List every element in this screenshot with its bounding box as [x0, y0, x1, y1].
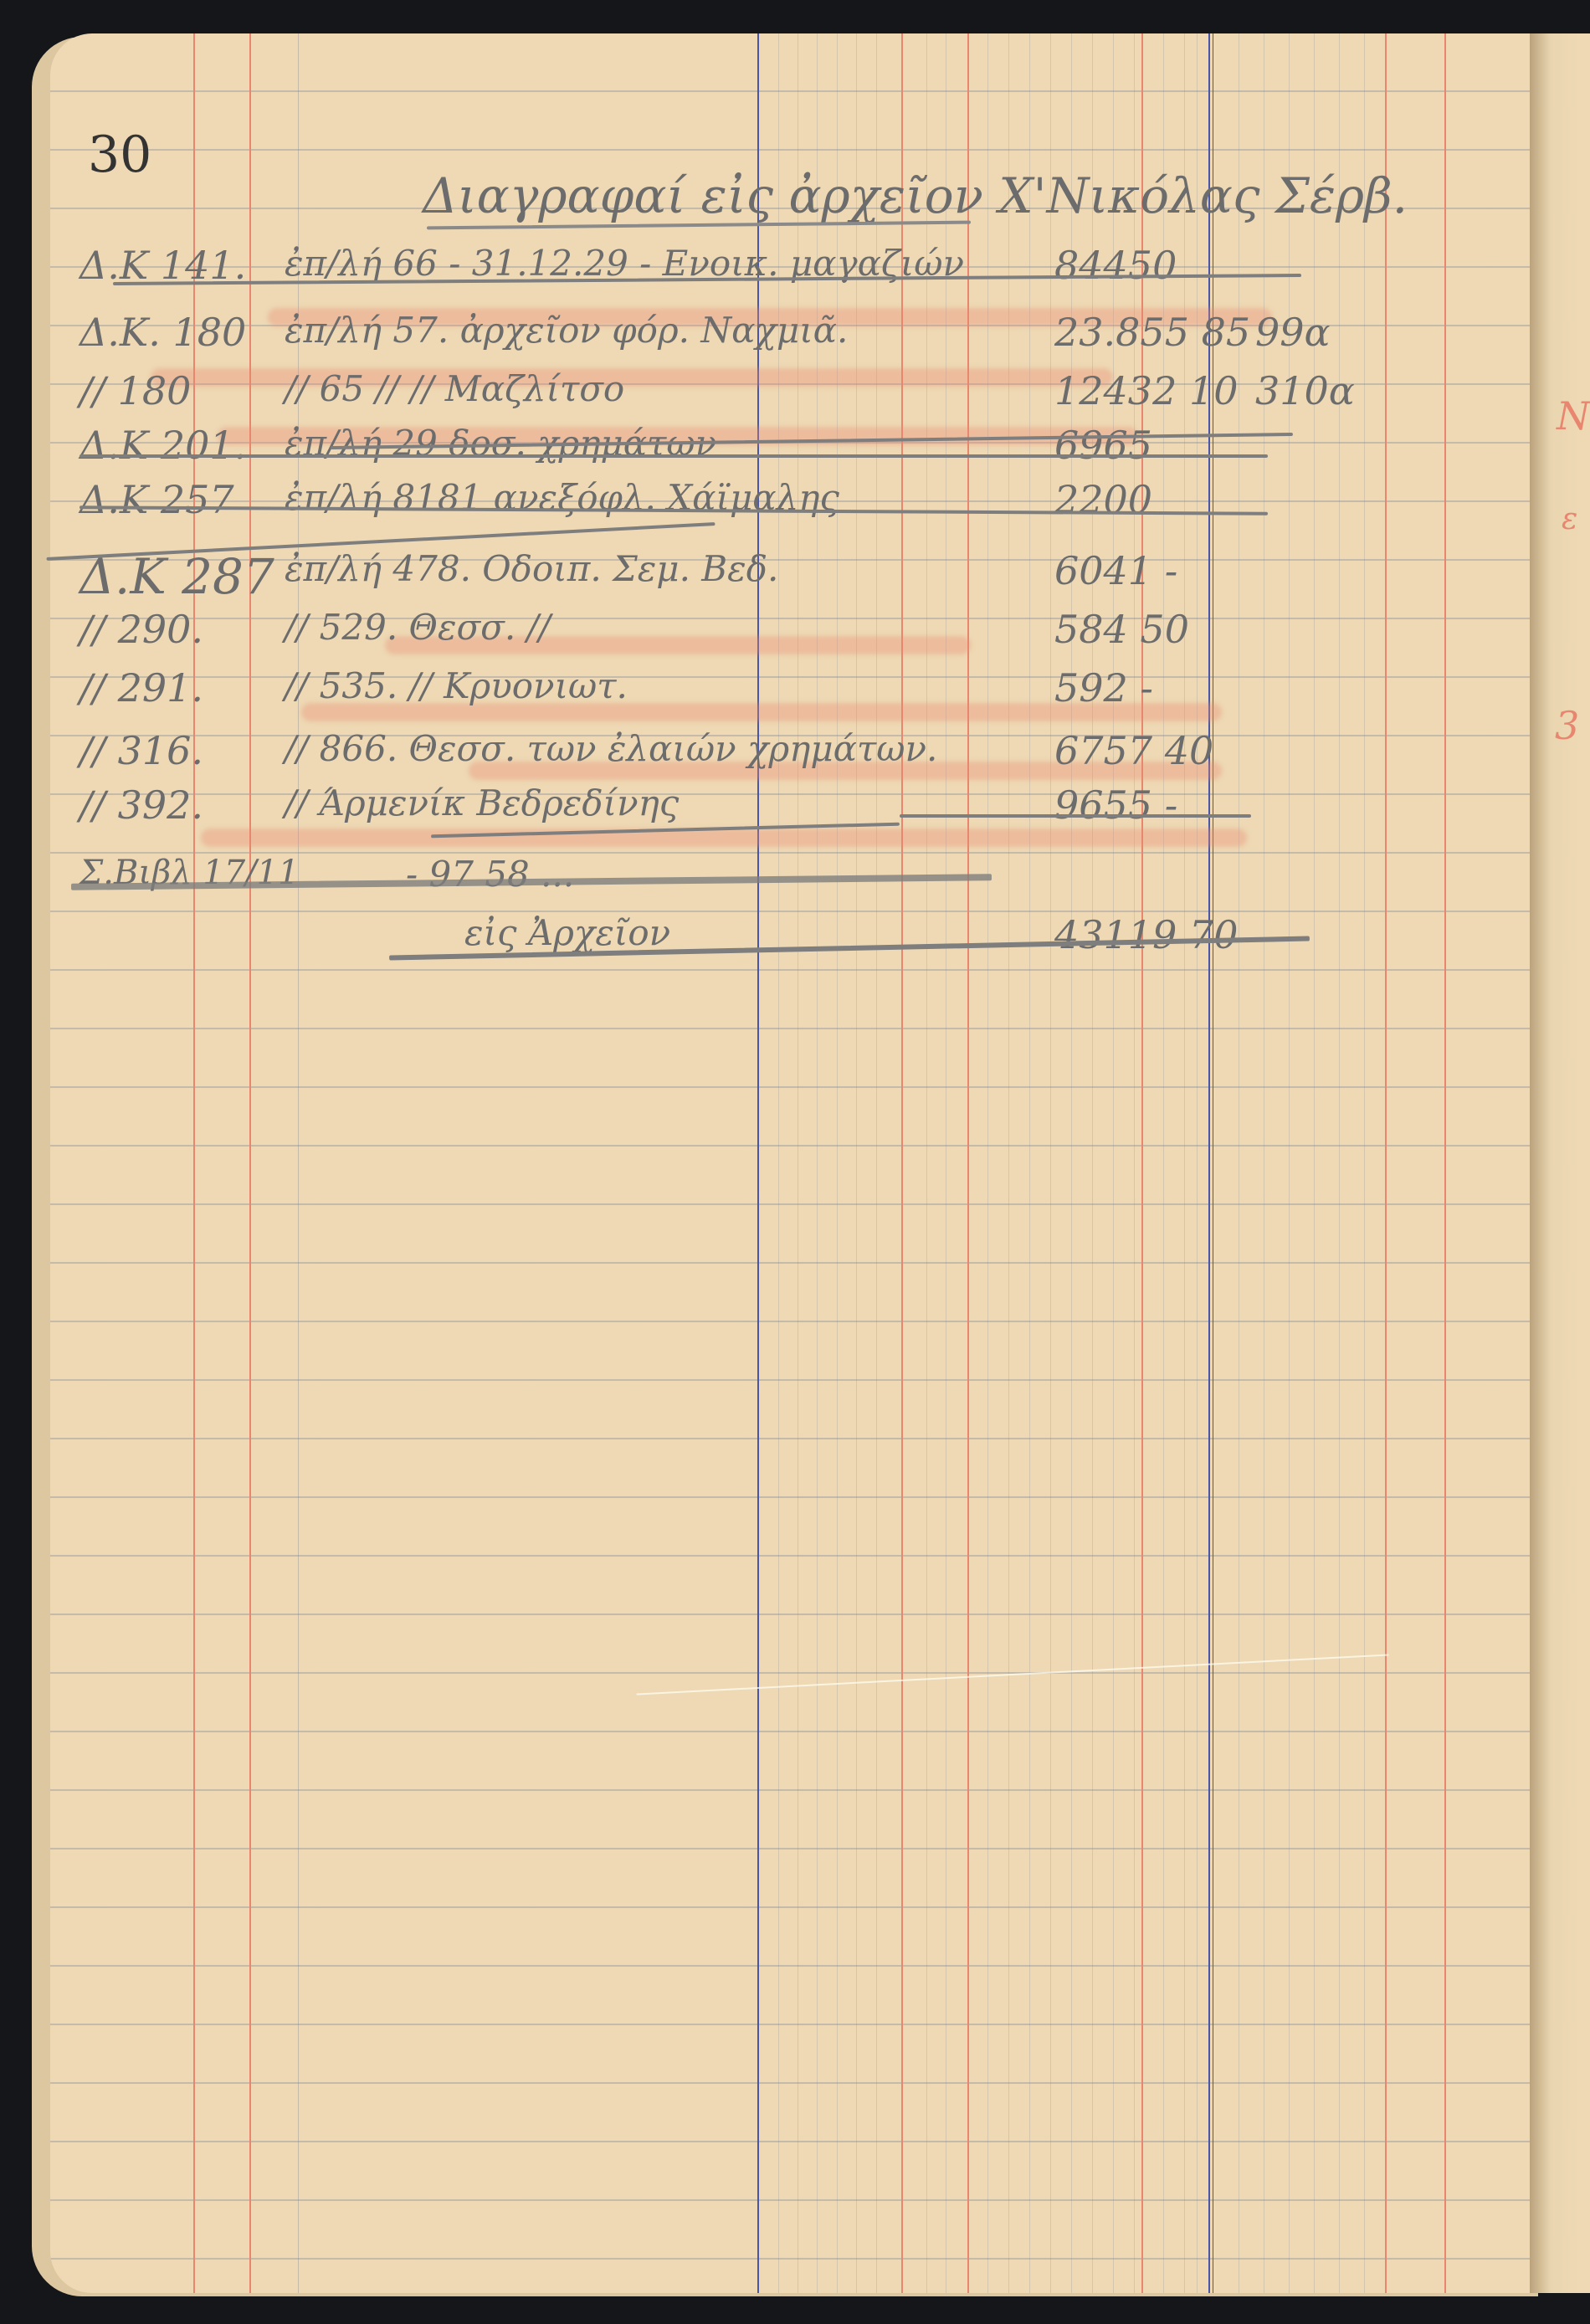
entry-description: // 529. Θεσσ. //	[285, 607, 551, 648]
column-rule-red	[1385, 33, 1387, 2293]
entry-description: // Άρμενίκ Βεδρεδίνης	[285, 782, 679, 823]
ledger-entry: Σ.Βιβλ 17/11 - 97 58 ...	[79, 854, 1385, 904]
entry-ref: // 291.	[79, 665, 203, 711]
page-title: Διαγραφαί εἰς ἀρχεῖον Χ'Νικόλας Σέρβ.	[423, 167, 1408, 224]
entry-amount: 584 50	[1054, 607, 1189, 652]
entry-ref: // 392.	[79, 782, 203, 828]
entry-ref: // 316.	[79, 728, 203, 773]
ledger-entry: // 290. // 529. Θεσσ. // 584 50	[79, 607, 1385, 657]
entry-note: 310α	[1255, 368, 1355, 413]
entry-description: ἐπ/λή 478. Οδοιπ. Σεμ. Βεδ.	[285, 548, 778, 589]
entry-amount: 6041 -	[1054, 548, 1177, 593]
ledger-entry: // 316. // 866. Θεσσ. των ἐλαιών χρημάτω…	[79, 728, 1385, 778]
ledger-entry: εἰς Ἀρχεῖον 43119 70	[79, 912, 1385, 962]
ledger-entry: Δ.Κ 287 ἐπ/λή 478. Οδοιπ. Σεμ. Βεδ. 6041…	[79, 548, 1385, 598]
entry-amount: 592 -	[1054, 665, 1153, 711]
entry-amount: 12432 10	[1054, 368, 1239, 413]
ledger-entry: // 392. // Άρμενίκ Βεδρεδίνης 9655 -	[79, 782, 1385, 833]
entry-amount: 9655 -	[1054, 782, 1177, 828]
entry-ref: Δ.Κ 257	[79, 477, 234, 522]
entry-amount: 2200	[1054, 477, 1152, 522]
entry-amount: 6757 40	[1054, 728, 1213, 773]
entry-description: ἐπ/λή 57. ἀρχεῖον φόρ. Ναχμιᾶ.	[285, 310, 848, 351]
entry-ref: // 180	[79, 368, 191, 413]
strikethrough	[900, 814, 1251, 818]
entry-total: 43119 70	[1054, 912, 1239, 957]
entry-description: - 97 58 ...	[406, 854, 574, 895]
strikethrough	[79, 454, 1268, 458]
entry-ref: Δ.Κ 287	[79, 548, 274, 605]
entry-description: εἰς Ἀρχεῖον	[464, 912, 670, 953]
ledger-entry: Δ.Κ. 180 ἐπ/λή 57. ἀρχεῖον φόρ. Ναχμιᾶ. …	[79, 310, 1385, 360]
entry-ref: // 290.	[79, 607, 203, 652]
paper-crease	[637, 1654, 1389, 1695]
entry-description: // 535. // Κρυονιωτ.	[285, 665, 628, 706]
ledger-entry: Δ.Κ 201. ἐπ/λή 29 δοσ. χρημάτων 6965	[79, 423, 1385, 473]
entry-description: // 65 // // Μαζλίτσο	[285, 368, 624, 409]
column-rule-red	[1444, 33, 1446, 2293]
next-page-edge: Ν ε 3	[1530, 33, 1590, 2293]
entry-ref: Δ.Κ 201.	[79, 423, 246, 468]
page-number: 30	[88, 126, 151, 184]
entry-amount: 23.855 85	[1054, 310, 1250, 355]
entry-ref: Δ.Κ. 180	[79, 310, 246, 355]
ledger-entry: Δ.Κ 257 ἐπ/λή 8181 ανεξόφλ. Χάϊμαλης 220…	[79, 477, 1385, 527]
ledger-entry: Δ.Κ 141. ἐπ/λή 66 - 31.12.29 - Ενοικ. μα…	[79, 243, 1385, 293]
entry-description: // 866. Θεσσ. των ἐλαιών χρημάτων.	[285, 728, 937, 769]
ledger-entry: // 180 // 65 // // Μαζλίτσο 12432 10 310…	[79, 368, 1385, 418]
entry-amount: 84450	[1054, 243, 1177, 288]
entry-amount: 6965	[1054, 423, 1152, 468]
ledger-entry: // 291. // 535. // Κρυονιωτ. 592 -	[79, 665, 1385, 716]
entry-note: 99α	[1255, 310, 1331, 355]
